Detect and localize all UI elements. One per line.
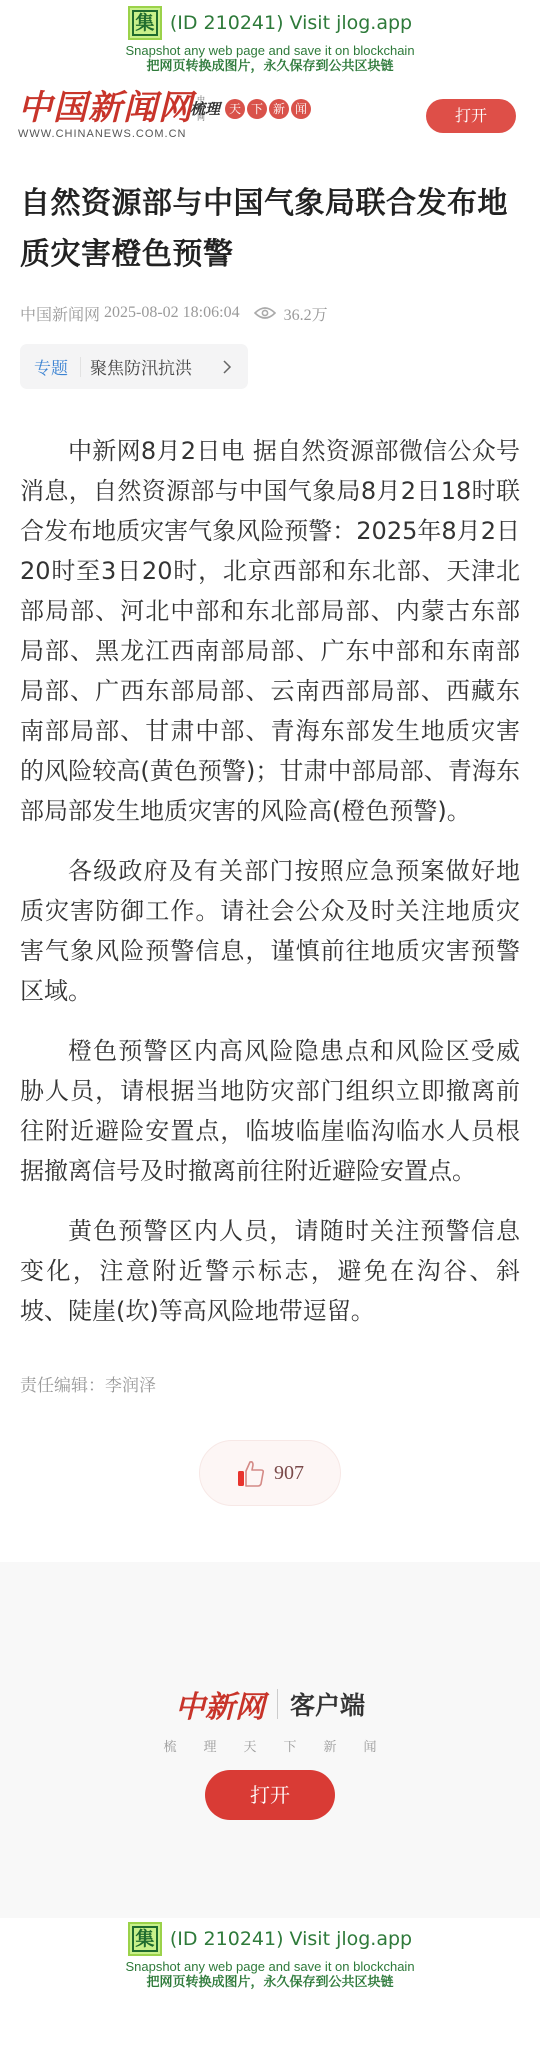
thumbs-up-icon bbox=[236, 1458, 266, 1488]
chevron-right-icon bbox=[222, 359, 232, 375]
promo-open-app-button[interactable]: 打开 bbox=[205, 1770, 335, 1820]
logo-url: WWW.CHINANEWS.COM.CN bbox=[18, 128, 205, 140]
topic-tag: 专题 bbox=[34, 354, 68, 379]
topic-link[interactable]: 专题 聚焦防汛抗洪 bbox=[20, 344, 248, 389]
watermark-subtitle-cn: 把网页转换成图片，永久保存到公共区块链 bbox=[0, 1975, 540, 1991]
article-paragraph: 黄色预警区内人员，请随时关注预警信息变化，注意附近警示标志，避免在沟谷、斜坡、陡… bbox=[20, 1211, 520, 1331]
app-promo: 中新网 客户端 梳 理 天 下 新 闻 打开 bbox=[0, 1562, 540, 1918]
article-title: 自然资源部与中国气象局联合发布地质灾害橙色预警 bbox=[20, 178, 520, 280]
promo-logo: 中新网 客户端 bbox=[0, 1682, 540, 1726]
article-meta: 中国新闻网 2025-08-02 18:06:04 36.2万 bbox=[20, 301, 520, 325]
site-header: 中国新闻网 中 新 网 WWW.CHINANEWS.COM.CN 梳理 天 下 … bbox=[0, 82, 540, 164]
chinanews-logo[interactable]: 中国新闻网 中 新 网 WWW.CHINANEWS.COM.CN bbox=[18, 88, 205, 140]
watermark-subtitle-en: Snapshot any web page and save it on blo… bbox=[0, 43, 540, 59]
article-body: 中新网8月2日电 据自然资源部微信公众号消息，自然资源部与中国气象局8月2日18… bbox=[20, 431, 520, 1331]
article-paragraph: 各级政府及有关部门按照应急预案做好地质灾害防御工作。请社会公众及时关注地质灾害气… bbox=[20, 851, 520, 1011]
article: 自然资源部与中国气象局联合发布地质灾害橙色预警 中国新闻网 2025-08-02… bbox=[0, 178, 540, 1540]
open-app-button[interactable]: 打开 bbox=[426, 99, 516, 133]
topic-divider bbox=[80, 357, 81, 377]
topic-name: 聚焦防汛抗洪 bbox=[90, 354, 222, 379]
watermark-title[interactable]: (ID 210241) Visit jlog.app bbox=[170, 1928, 412, 1950]
watermark-subtitle-cn: 把网页转换成图片，永久保存到公共区块链 bbox=[0, 59, 540, 75]
watermark-subtitle-en: Snapshot any web page and save it on blo… bbox=[0, 1959, 540, 1975]
responsible-editor: 责任编辑：李润泽 bbox=[20, 1371, 520, 1396]
like-button[interactable]: 907 bbox=[199, 1440, 341, 1506]
jlog-logo-icon: 集 bbox=[128, 1922, 162, 1956]
view-count: 36.2万 bbox=[284, 302, 328, 325]
jlog-logo-icon: 集 bbox=[128, 6, 162, 40]
eye-icon bbox=[254, 306, 276, 320]
logo-text: 中国新闻网 bbox=[18, 88, 193, 128]
article-source: 中国新闻网 bbox=[20, 302, 100, 325]
watermark-banner-bottom: 集 (ID 210241) Visit jlog.app Snapshot an… bbox=[0, 1918, 540, 2000]
article-paragraph: 橙色预警区内高风险隐患点和风险区受威胁人员，请根据当地防灾部门组织立即撤离前往附… bbox=[20, 1031, 520, 1191]
like-count: 907 bbox=[274, 1462, 304, 1485]
watermark-banner-top: 集 (ID 210241) Visit jlog.app Snapshot an… bbox=[0, 0, 540, 82]
article-datetime: 2025-08-02 18:06:04 bbox=[104, 304, 240, 322]
article-paragraph: 中新网8月2日电 据自然资源部微信公众号消息，自然资源部与中国气象局8月2日18… bbox=[20, 431, 520, 831]
watermark-title[interactable]: (ID 210241) Visit jlog.app bbox=[170, 12, 412, 34]
promo-tagline: 梳 理 天 下 新 闻 bbox=[0, 1736, 540, 1755]
header-slogan: 梳理 天 下 新 闻 bbox=[190, 98, 311, 119]
